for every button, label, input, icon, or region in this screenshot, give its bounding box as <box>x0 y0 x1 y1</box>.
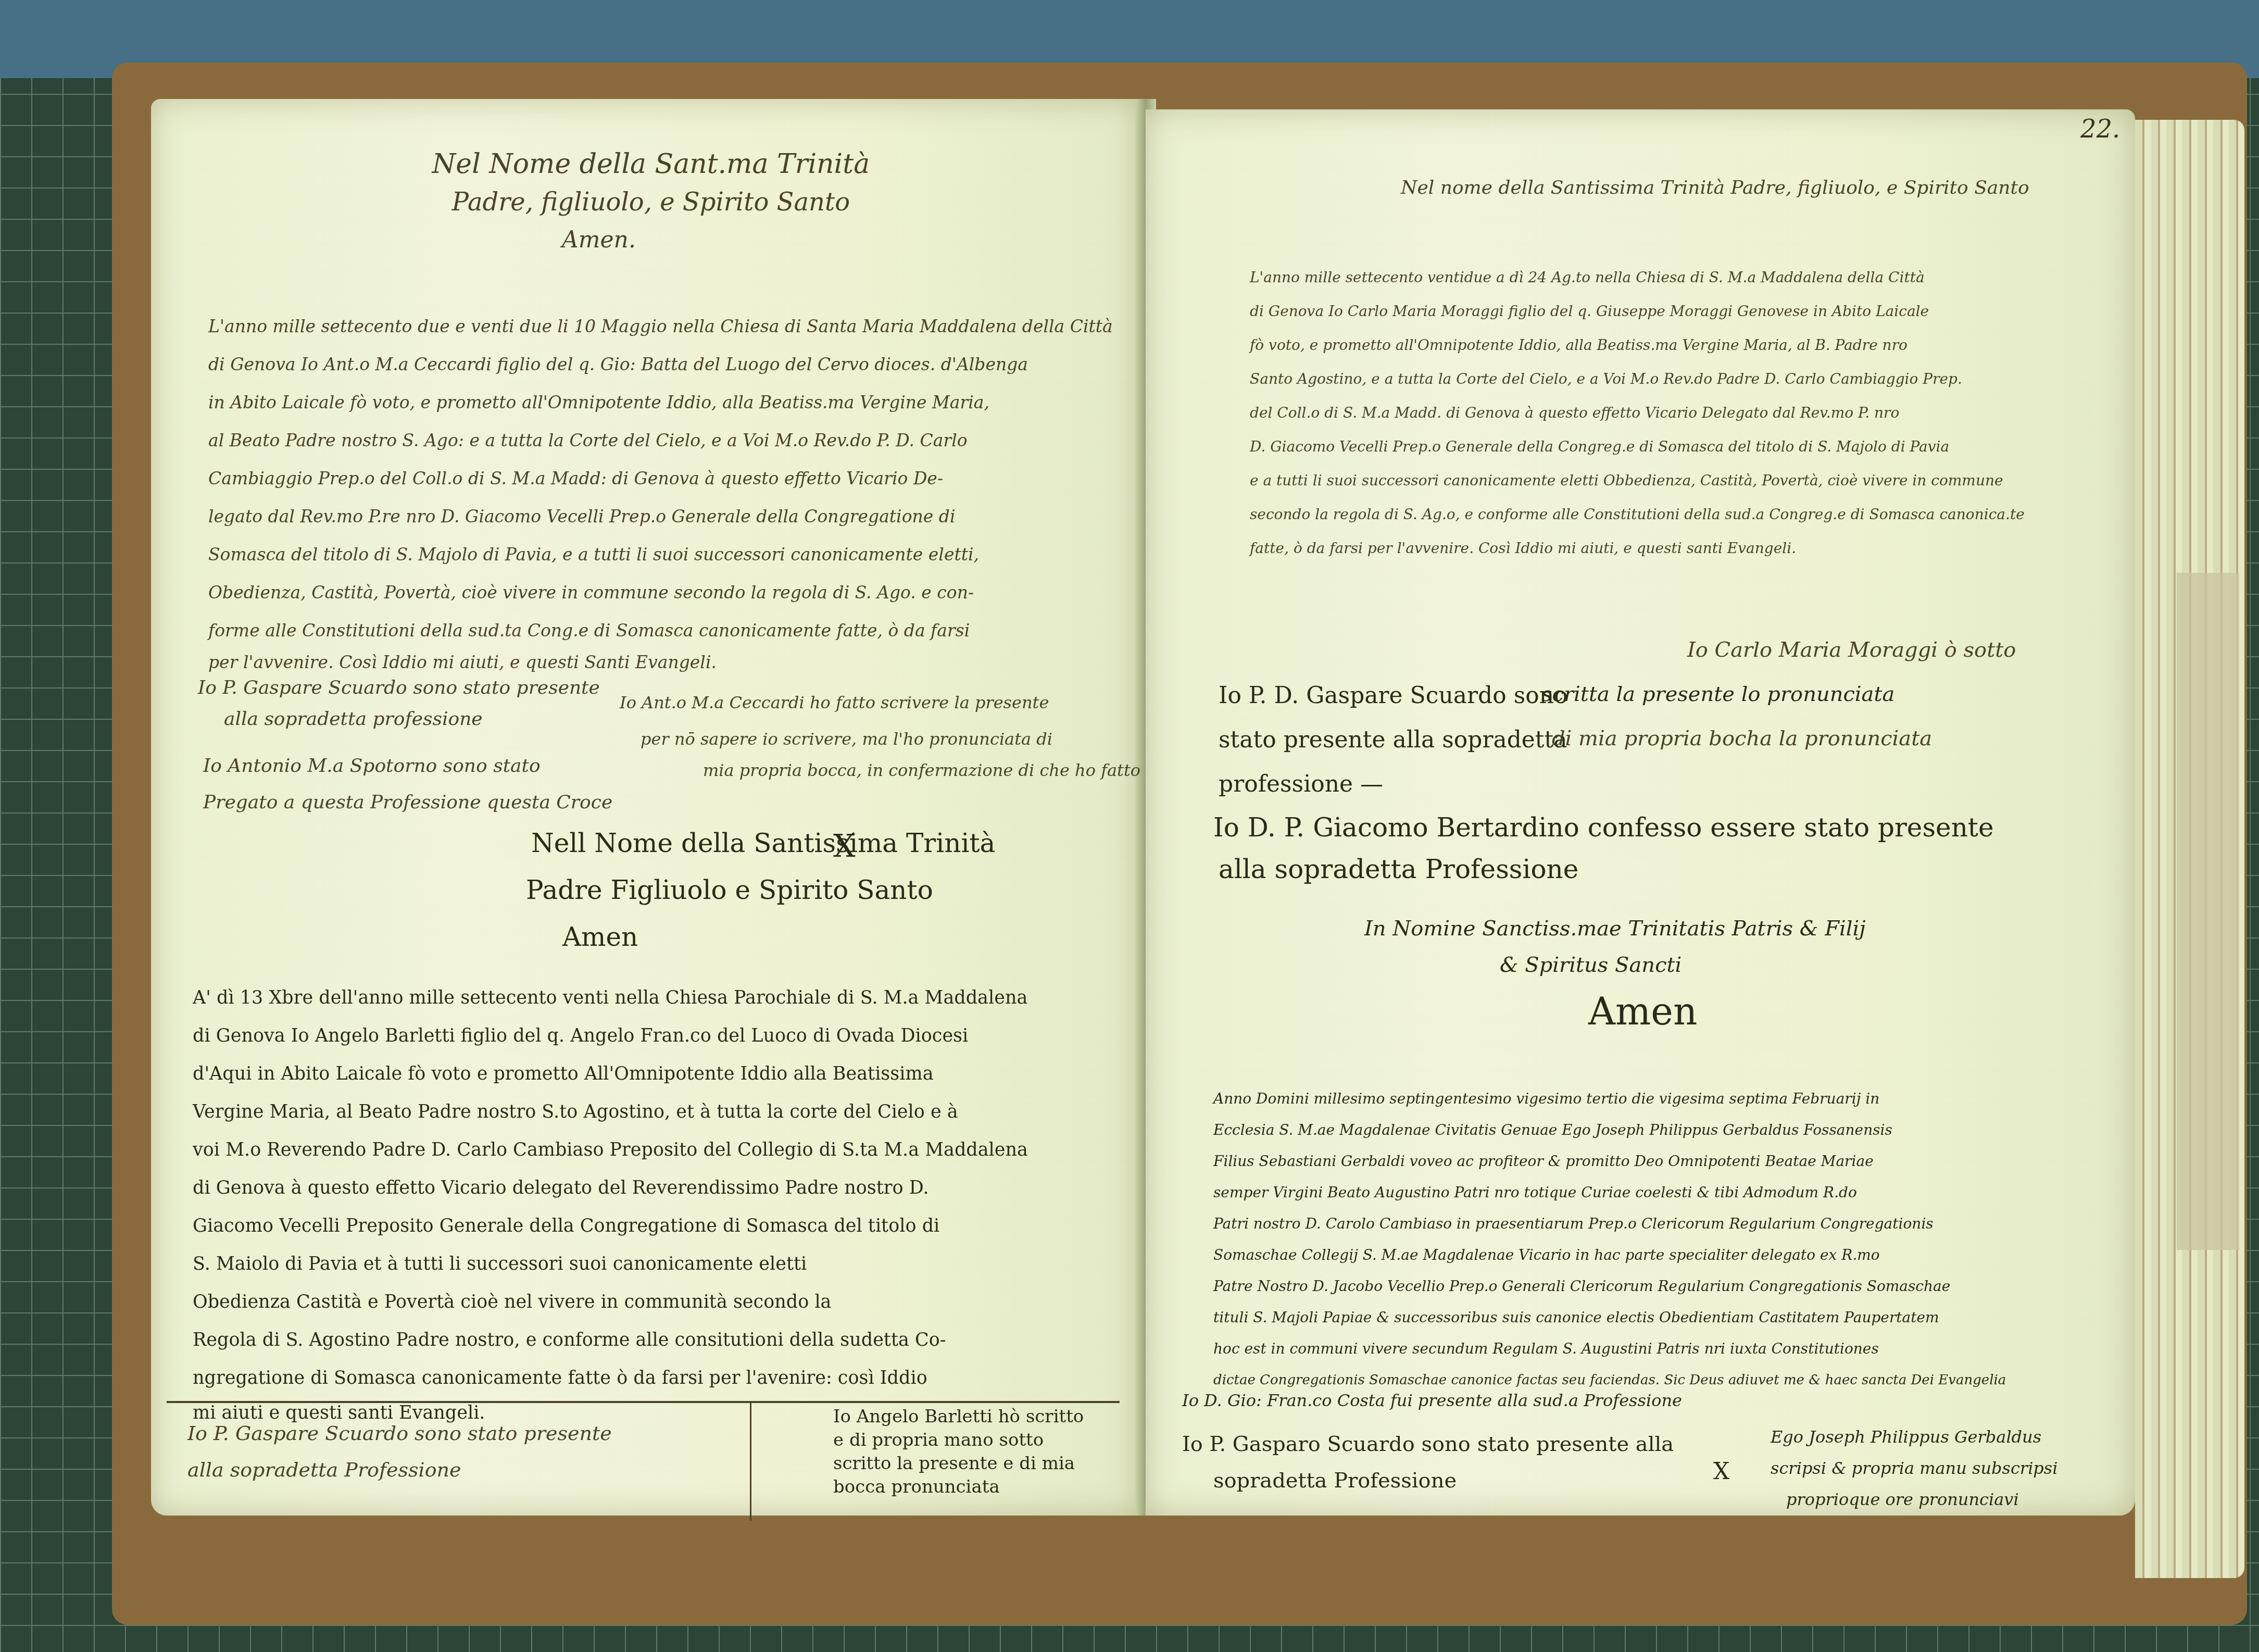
text-line: L'anno mille settecento due e venti due … <box>208 307 1135 345</box>
heading-line: & Spiritus Sancti <box>1500 953 1681 977</box>
text-line: di Genova Io Angelo Barletti figlio del … <box>193 1017 1130 1055</box>
text-line: hoc est in communi vivere secundum Regul… <box>1213 1333 2130 1365</box>
text-line: Filius Sebastiani Gerbaldi voveo ac prof… <box>1213 1146 2130 1177</box>
heading-line: Padre Figliuolo e Spirito Santo <box>526 875 933 905</box>
heading-line: In Nomine Sanctiss.mae Trinitatis Patris… <box>1364 917 1866 941</box>
text-line: Somasca del titolo di S. Majolo di Pavia… <box>208 535 1135 573</box>
signature-line: per nō sapere io scrivere, ma l'ho pronu… <box>641 729 1052 749</box>
signature-line: bocca pronunciata <box>833 1476 1000 1497</box>
heading-amen: Amen <box>1588 990 1697 1033</box>
cross-mark: X <box>1713 1458 1729 1485</box>
text-line: Obedienza Castità e Povertà cioè nel viv… <box>193 1283 1130 1321</box>
heading-line: Padre, figliuolo, e Spirito Santo <box>417 187 885 217</box>
signature-line: scripsi & propria manu subscripsi <box>1771 1458 2058 1478</box>
divider-line <box>750 1401 751 1521</box>
text-line: Anno Domini millesimo septingentesimo vi… <box>1213 1083 2130 1115</box>
signature-line: Ego Joseph Philippus Gerbaldus <box>1771 1427 2041 1447</box>
page-number: 22. <box>2080 115 2120 144</box>
text-line: fò voto, e prometto all'Omnipotente Iddi… <box>1250 328 2125 362</box>
text-line: legato dal Rev.mo P.re nro D. Giacomo Ve… <box>208 497 1135 535</box>
text-line: del Coll.o di S. M.a Madd. di Genova à q… <box>1250 396 2125 430</box>
text-line: Giacomo Vecelli Preposito Generale della… <box>193 1207 1130 1245</box>
right-entry1-body: L'anno mille settecento ventidue a dì 24… <box>1250 260 2125 565</box>
witness-signature: alla sopradetta Professione <box>1219 854 1578 884</box>
left-entry2-body: A' dì 13 Xbre dell'anno mille settecento… <box>193 979 1130 1429</box>
signature-line: Io Angelo Barletti hò scritto <box>833 1406 1084 1427</box>
witness-signature: stato presente alla sopradetta <box>1219 727 1567 753</box>
text-line: Patre Nostro D. Jacobo Vecellio Prep.o G… <box>1213 1271 2130 1302</box>
text-line: e a tutti li suoi successori canonicamen… <box>1250 464 2125 497</box>
text-line: Cambiaggio Prep.o del Coll.o di S. M.a M… <box>208 459 1135 497</box>
right-entry2-body: Anno Domini millesimo septingentesimo vi… <box>1213 1083 2130 1396</box>
witness-signature: Io P. Gaspare Scuardo sono stato present… <box>187 1422 612 1445</box>
witness-signature: Io P. D. Gaspare Scuardo sono <box>1219 682 1568 709</box>
signature-line: scritta la presente lo pronunciata <box>1541 682 1894 706</box>
text-line: forme alle Constitutioni della sud.ta Co… <box>208 611 1135 649</box>
text-line: di Genova à questo effetto Vicario deleg… <box>193 1169 1130 1207</box>
witness-signature: alla sopradetta professione <box>224 708 483 730</box>
left-entry1-body: L'anno mille settecento due e venti due … <box>208 307 1135 675</box>
witness-signature: professione — <box>1219 771 1383 797</box>
signature-line: Io Carlo Maria Moraggi ò sotto <box>1687 638 2016 662</box>
text-line: tituli S. Majoli Papiae & successoribus … <box>1213 1302 2130 1333</box>
text-line: Somaschae Collegij S. M.ae Magdalenae Vi… <box>1213 1240 2130 1271</box>
signature-line: proprioque ore pronunciavi <box>1786 1490 2019 1509</box>
witness-signature: alla sopradetta Professione <box>187 1458 461 1481</box>
text-line: per l'avvenire. Così Iddio mi aiuti, e q… <box>208 649 1135 675</box>
text-line: al Beato Padre nostro S. Ago: e a tutta … <box>208 421 1135 459</box>
witness-signature: Io D. Gio: Fran.co Costa fui presente al… <box>1182 1391 1682 1410</box>
text-line: ngregatione di Somasca canonicamente fat… <box>193 1359 1130 1397</box>
text-line: fatte, ò da farsi per l'avvenire. Così I… <box>1250 531 2125 565</box>
text-line: Santo Agostino, e a tutta la Corte del C… <box>1250 362 2125 396</box>
text-line: A' dì 13 Xbre dell'anno mille settecento… <box>193 979 1130 1017</box>
text-line: L'anno mille settecento ventidue a dì 24… <box>1250 260 2125 294</box>
text-line: semper Virgini Beato Augustino Patri nro… <box>1213 1177 2130 1208</box>
heading-line: Nell Nome della Santissima Trinità <box>531 828 995 858</box>
text-line: Obedienza, Castità, Povertà, cioè vivere… <box>208 573 1135 611</box>
text-line: Regola di S. Agostino Padre nostro, e co… <box>193 1321 1130 1359</box>
signature-line: Io Ant.o M.a Ceccardi ho fatto scrivere … <box>620 693 1049 712</box>
signature-line: e di propria mano sotto <box>833 1430 1044 1450</box>
text-line: voi M.o Reverendo Padre D. Carlo Cambias… <box>193 1131 1130 1169</box>
witness-signature: sopradetta Professione <box>1213 1469 1457 1493</box>
signature-line: scritto la presente e di mia <box>833 1453 1075 1474</box>
heading-line: Amen. <box>417 227 781 253</box>
signature-line: di mia propria bocha la pronunciata <box>1552 727 1932 750</box>
heading-line: Nel Nome della Sant.ma Trinità <box>417 148 885 180</box>
attestation-line: Pregato a questa Professione questa Croc… <box>203 792 612 813</box>
divider-line <box>167 1401 1120 1403</box>
attestation-line: Io Antonio M.a Spotorno sono stato <box>203 755 541 777</box>
text-line: di Genova Io Ant.o M.a Ceccardi figlio d… <box>208 345 1135 383</box>
text-line: S. Maiolo di Pavia et à tutti li success… <box>193 1245 1130 1283</box>
text-line: Vergine Maria, al Beato Padre nostro S.t… <box>193 1093 1130 1131</box>
heading-line: Nel nome della Santissima Trinità Padre,… <box>1401 177 2029 198</box>
text-line: Patri nostro D. Carolo Cambiaso in praes… <box>1213 1208 2130 1240</box>
torn-page-fragment <box>2177 573 2239 1250</box>
text-line: D. Giacomo Vecelli Prep.o Generale della… <box>1250 430 2125 464</box>
text-line: di Genova Io Carlo Maria Moraggi figlio … <box>1250 294 2125 328</box>
text-line: Ecclesia S. M.ae Magdalenae Civitatis Ge… <box>1213 1115 2130 1146</box>
witness-signature: Io P. Gaspare Scuardo sono stato present… <box>198 677 600 698</box>
signature-line: mia propria bocca, in confermazione di c… <box>703 760 1140 780</box>
text-line: d'Aqui in Abito Laicale fò voto e promet… <box>193 1055 1130 1093</box>
text-line: secondo la regola di S. Ag.o, e conforme… <box>1250 497 2125 531</box>
witness-signature: Io D. P. Giacomo Bertardino confesso ess… <box>1213 812 1994 843</box>
heading-line: Amen <box>562 922 638 952</box>
witness-signature: Io P. Gasparo Scuardo sono stato present… <box>1182 1432 1674 1456</box>
cross-mark: X <box>833 828 856 865</box>
text-line: in Abito Laicale fò voto, e prometto all… <box>208 383 1135 421</box>
